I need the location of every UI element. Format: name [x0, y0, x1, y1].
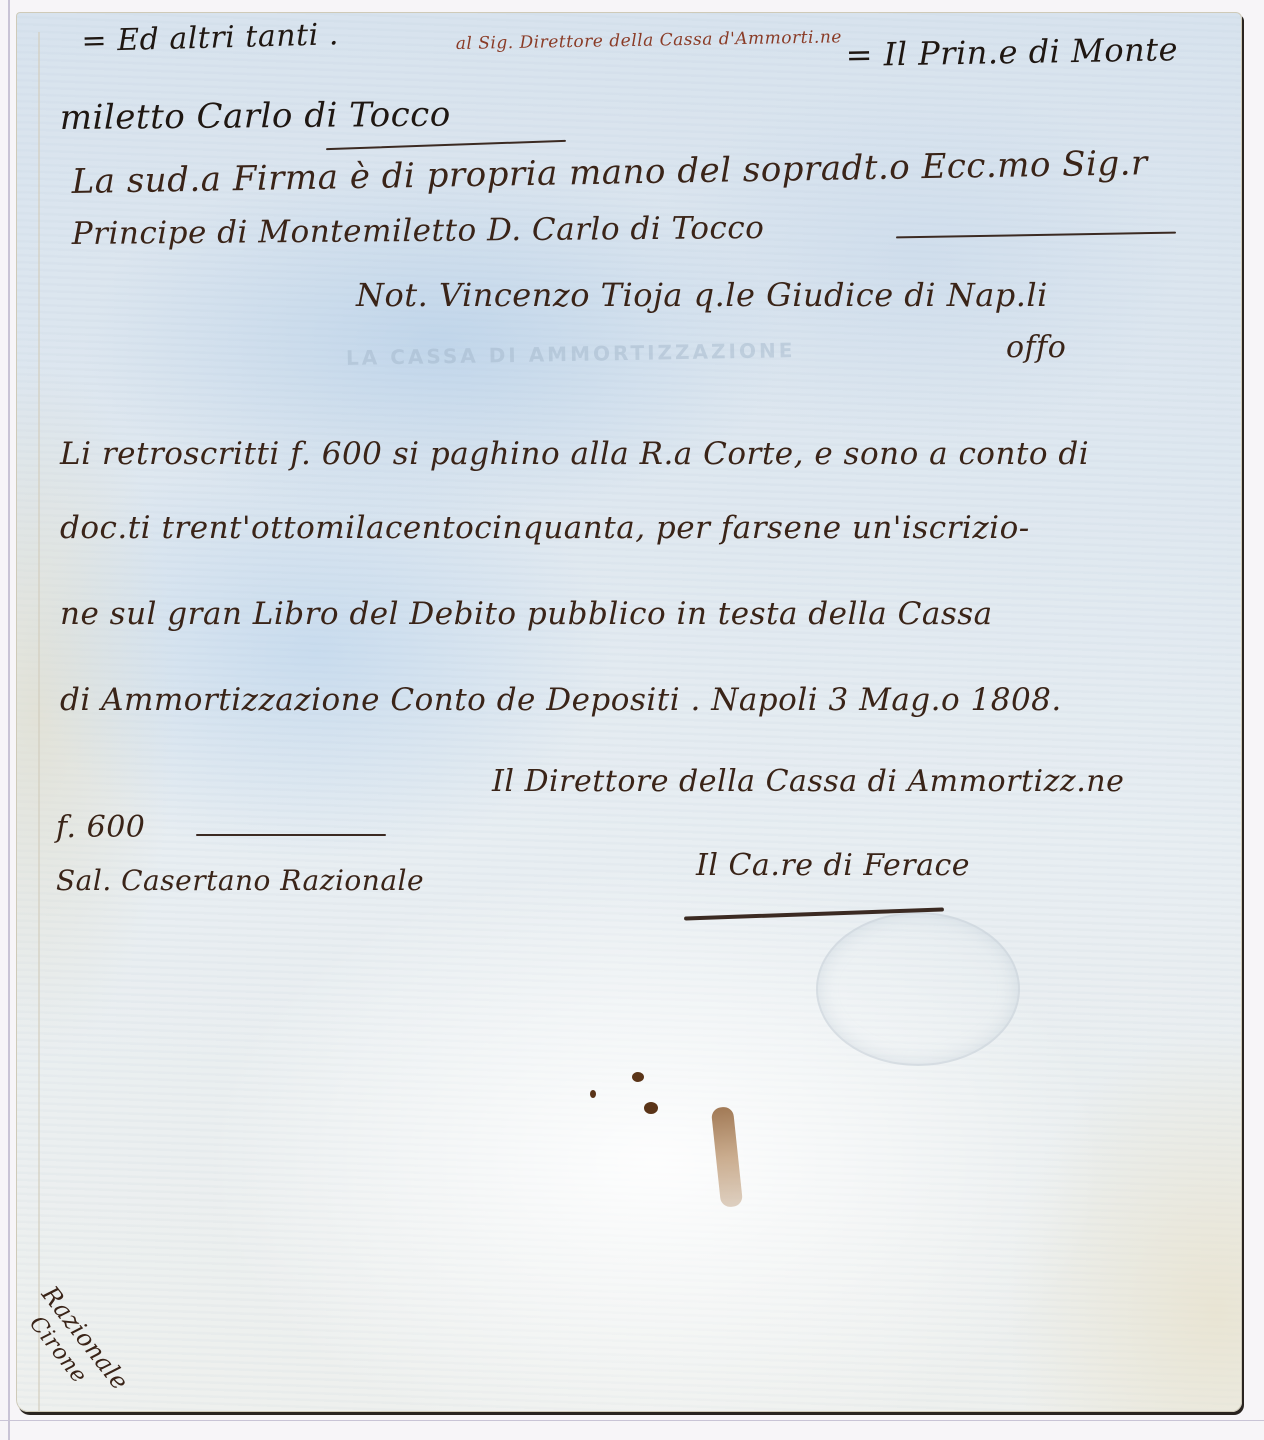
ledger-clerk: Sal. Casertano Razionale — [56, 864, 424, 897]
header-line1-left: = Ed altri tanti . — [81, 17, 339, 59]
director-title: Il Direttore della Cassa di Ammortizz.ne — [492, 764, 1124, 799]
notary-line: Not. Vincenzo Tioja q.le Giudice di Nap.… — [356, 276, 1048, 314]
header-line2: miletto Carlo di Tocco — [60, 95, 451, 138]
body-line2: doc.ti trent'ottomilacentocinquanta, per… — [60, 510, 1030, 546]
body-line4: di Ammortizzazione Conto de Depositi . N… — [60, 682, 1062, 718]
embossed-stamp: LA CASSA DI AMMORTIZZAZIONE — [346, 338, 796, 370]
ink-stain — [644, 1102, 658, 1114]
attestation-rule — [896, 232, 1176, 238]
body-line3: ne sul gran Libro del Debito pubblico in… — [60, 596, 993, 632]
sleeve-bottom-line — [0, 1420, 1264, 1421]
attestation-line2: Principe di Montemiletto D. Carlo di Toc… — [72, 210, 765, 252]
ledger-amount: f. 600 — [56, 810, 145, 845]
header-line1-mid: al Sig. Direttore della Cassa d'Ammorti.… — [456, 27, 842, 54]
header-line1-right: = Il Prin.e di Monte — [845, 30, 1178, 74]
paper-fold — [38, 32, 40, 1412]
notary-flourish: offo — [1006, 330, 1066, 365]
sleeve-edge-line — [8, 0, 10, 1440]
ink-streak — [711, 1106, 743, 1208]
director-signature: Il Ca.re di Ferace — [696, 848, 970, 883]
attestation-line1: La sud.a Firma è di propria mano del sop… — [71, 143, 1148, 202]
ink-stain — [590, 1090, 596, 1098]
document-page: LA CASSA DI AMMORTIZZAZIONE = Ed altri t… — [16, 12, 1242, 1412]
ledger-rule — [196, 834, 386, 836]
underline-stroke — [326, 140, 566, 150]
ink-stain — [632, 1072, 644, 1082]
body-line1: Li retroscritti f. 600 si paghino alla R… — [60, 436, 1089, 472]
dry-seal — [816, 912, 1020, 1066]
